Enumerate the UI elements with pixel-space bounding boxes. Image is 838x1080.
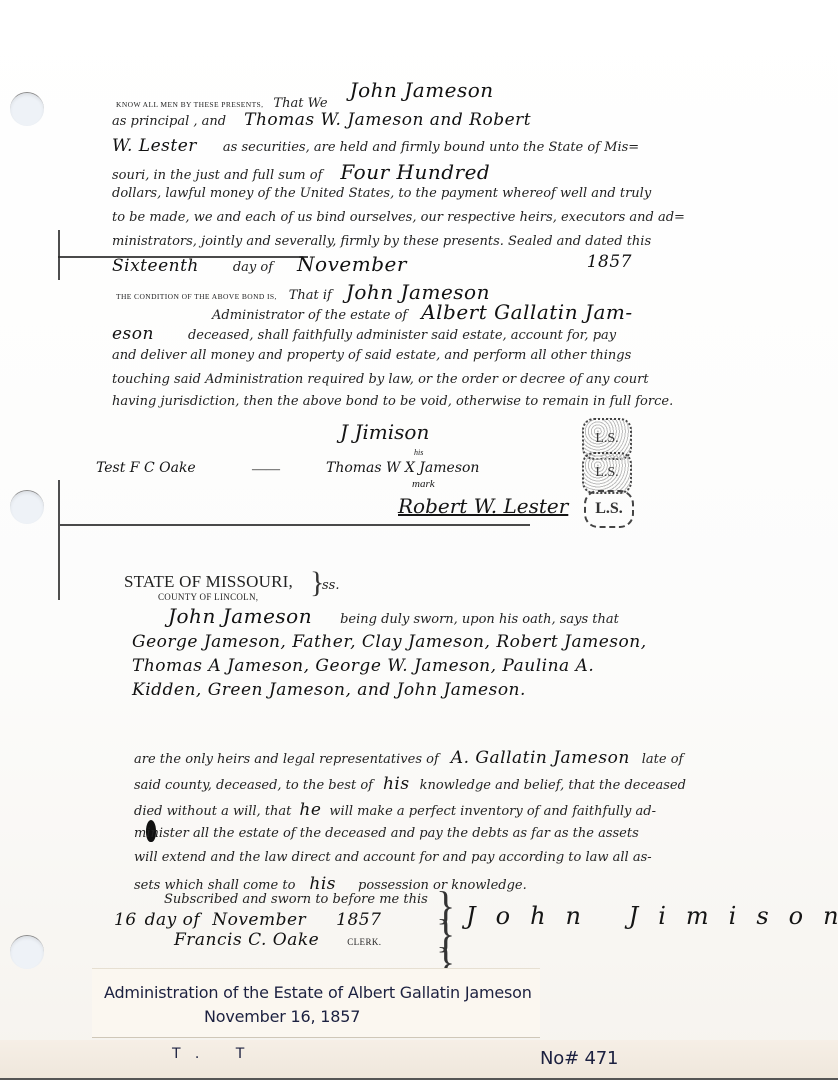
printed-text: knowledge and belief, that the deceased [420,778,686,793]
punch-hole-middle [10,490,44,524]
jurat-year: 1857 [336,910,381,930]
heirs-line-3: Kidden, Green Jameson, and John Jameson. [132,680,526,700]
bond-line-1: KNOW ALL MEN BY THESE PRESENTS, That We … [116,88,494,112]
jurat-month: November [212,910,306,930]
label-title: Administration of the Estate of Albert G… [104,983,532,1002]
condition-line-6: having jurisdiction, then the above bond… [112,394,673,409]
seal-text: L.S. [595,465,618,481]
jurat-day: 16 [114,910,137,930]
scan-bottom-edge [0,1040,838,1080]
scan-line [60,524,530,526]
principal-name: John Jameson [350,78,494,102]
witness-signature: Test F C Oake [96,460,196,476]
affidavit-body-5: will extend and the law direct and accou… [134,850,652,865]
printed-lead: KNOW ALL MEN BY THESE PRESENTS, [116,100,263,109]
clerk-signature: Francis C. Oake [174,930,319,950]
printed-text: said county, deceased, to the best of [134,778,373,793]
witness-dash: —— [252,462,280,478]
affidavit-line-1: John Jameson being duly sworn, upon his … [168,604,619,628]
archival-label: Administration of the Estate of Albert G… [92,968,540,1038]
deceased-name: Albert Gallatin Jam- [421,300,632,324]
condition-line-2: Administrator of the estate of Albert Ga… [212,300,633,324]
clerk-label: CLERK. [347,937,381,947]
ss-label: ss. [322,578,339,593]
printed-text: will make a perfect inventory of and fai… [329,804,656,819]
seal-text: L.S. [595,431,618,447]
month-filled: November [297,252,407,276]
deceased-name: A. Gallatin Jameson [451,748,630,768]
bond-line-8: Sixteenth day of November 1857 [112,252,632,276]
bond-line-7: ministrators, jointly and severally, fir… [112,234,651,249]
deceased-name-cont: eson [112,324,154,344]
printed-text: souri, in the just and full sum of [112,168,322,183]
jurat-line-3: Francis C. Oake CLERK. [174,930,381,950]
pronoun-filled: his [383,774,410,794]
scroll-brace-icon: }}} [436,892,455,976]
scanned-document-page: KNOW ALL MEN BY THESE PRESENTS, That We … [0,0,838,1080]
year-filled: 1857 [587,252,632,272]
bond-line-4: souri, in the just and full sum of Four … [112,160,490,184]
affidavit-body-1: are the only heirs and legal representat… [134,748,683,768]
bond-line-5: dollars, lawful money of the United Stat… [112,186,651,201]
affidavit-body-3: died without a will, that he will make a… [134,800,656,820]
affidavit-body-2: said county, deceased, to the best of hi… [134,774,686,794]
label-date: November 16, 1857 [204,1007,360,1026]
sureties-names: Thomas W. Jameson and Robert [244,110,531,130]
bond-line-3: W. Lester as securities, are held and fi… [112,136,639,156]
surety1-signature: Thomas W X Jameson [326,460,479,476]
county-heading: COUNTY OF LINCOLN, [158,592,258,602]
printed-text: day of [233,260,273,275]
printed-text: sets which shall come to [134,878,295,893]
pronoun-filled: he [299,800,321,820]
bond-line-2: as principal , and Thomas W. Jameson and… [112,110,531,130]
printed-text: Administrator of the estate of [212,308,407,323]
margin-rule [58,480,60,600]
seal-text: L.S. [595,500,623,518]
surety2-signature: Robert W. Lester [398,494,568,518]
condition-line-5: touching said Administration required by… [112,372,649,387]
seal-3: L.S. [584,490,634,528]
jurat-day-of: day of [145,910,201,930]
printed-text: are the only heirs and legal representat… [134,752,439,767]
condition-line-3: eson deceased, shall faithfully administ… [112,324,616,344]
surety-name: W. Lester [112,136,197,156]
printed-text: being duly sworn, upon his oath, says th… [340,612,619,627]
affiant-name: John Jameson [168,604,312,628]
mark-label: mark [412,478,435,490]
punch-hole-bottom [10,935,44,969]
day-filled: Sixteenth [112,256,199,276]
affidavit-body-6: sets which shall come to his possession … [134,874,527,894]
jurat-line-1: Subscribed and sworn to before me this [164,892,428,907]
printed-text: That We [273,96,327,111]
catalog-number: No# 471 [540,1048,618,1069]
printed-text: as principal , and [112,114,226,129]
printed-text: died without a will, that [134,804,291,819]
bond-amount: Four Hundred [340,160,490,184]
heirs-line-2: Thomas A Jameson, George W. Jameson, Pau… [132,656,594,676]
affiant-signature: John Jimison [466,902,838,930]
principal-signature: J Jimison [340,420,429,444]
printed-text: deceased, shall faithfully administer sa… [188,328,616,343]
jurat-line-2: 16 day of November 1857 [114,910,381,930]
condition-line-4: and deliver all money and property of sa… [112,348,631,363]
pronoun-filled: his [309,874,336,894]
footer-marks: T. T [172,1046,260,1062]
state-heading: STATE OF MISSOURI, [124,572,293,592]
heirs-line-1: George Jameson, Father, Clay Jameson, Ro… [132,632,647,652]
printed-text: as securities, are held and firmly bound… [223,140,639,155]
punch-hole-top [10,92,44,126]
printed-text: late of [642,752,684,767]
margin-rule [58,230,60,280]
seal-2: L.S. [582,452,632,494]
bond-line-6: to be made, we and each of us bind ourse… [112,210,685,225]
affidavit-body-4: minister all the estate of the deceased … [134,826,639,841]
mark-his-label: his [414,448,423,457]
